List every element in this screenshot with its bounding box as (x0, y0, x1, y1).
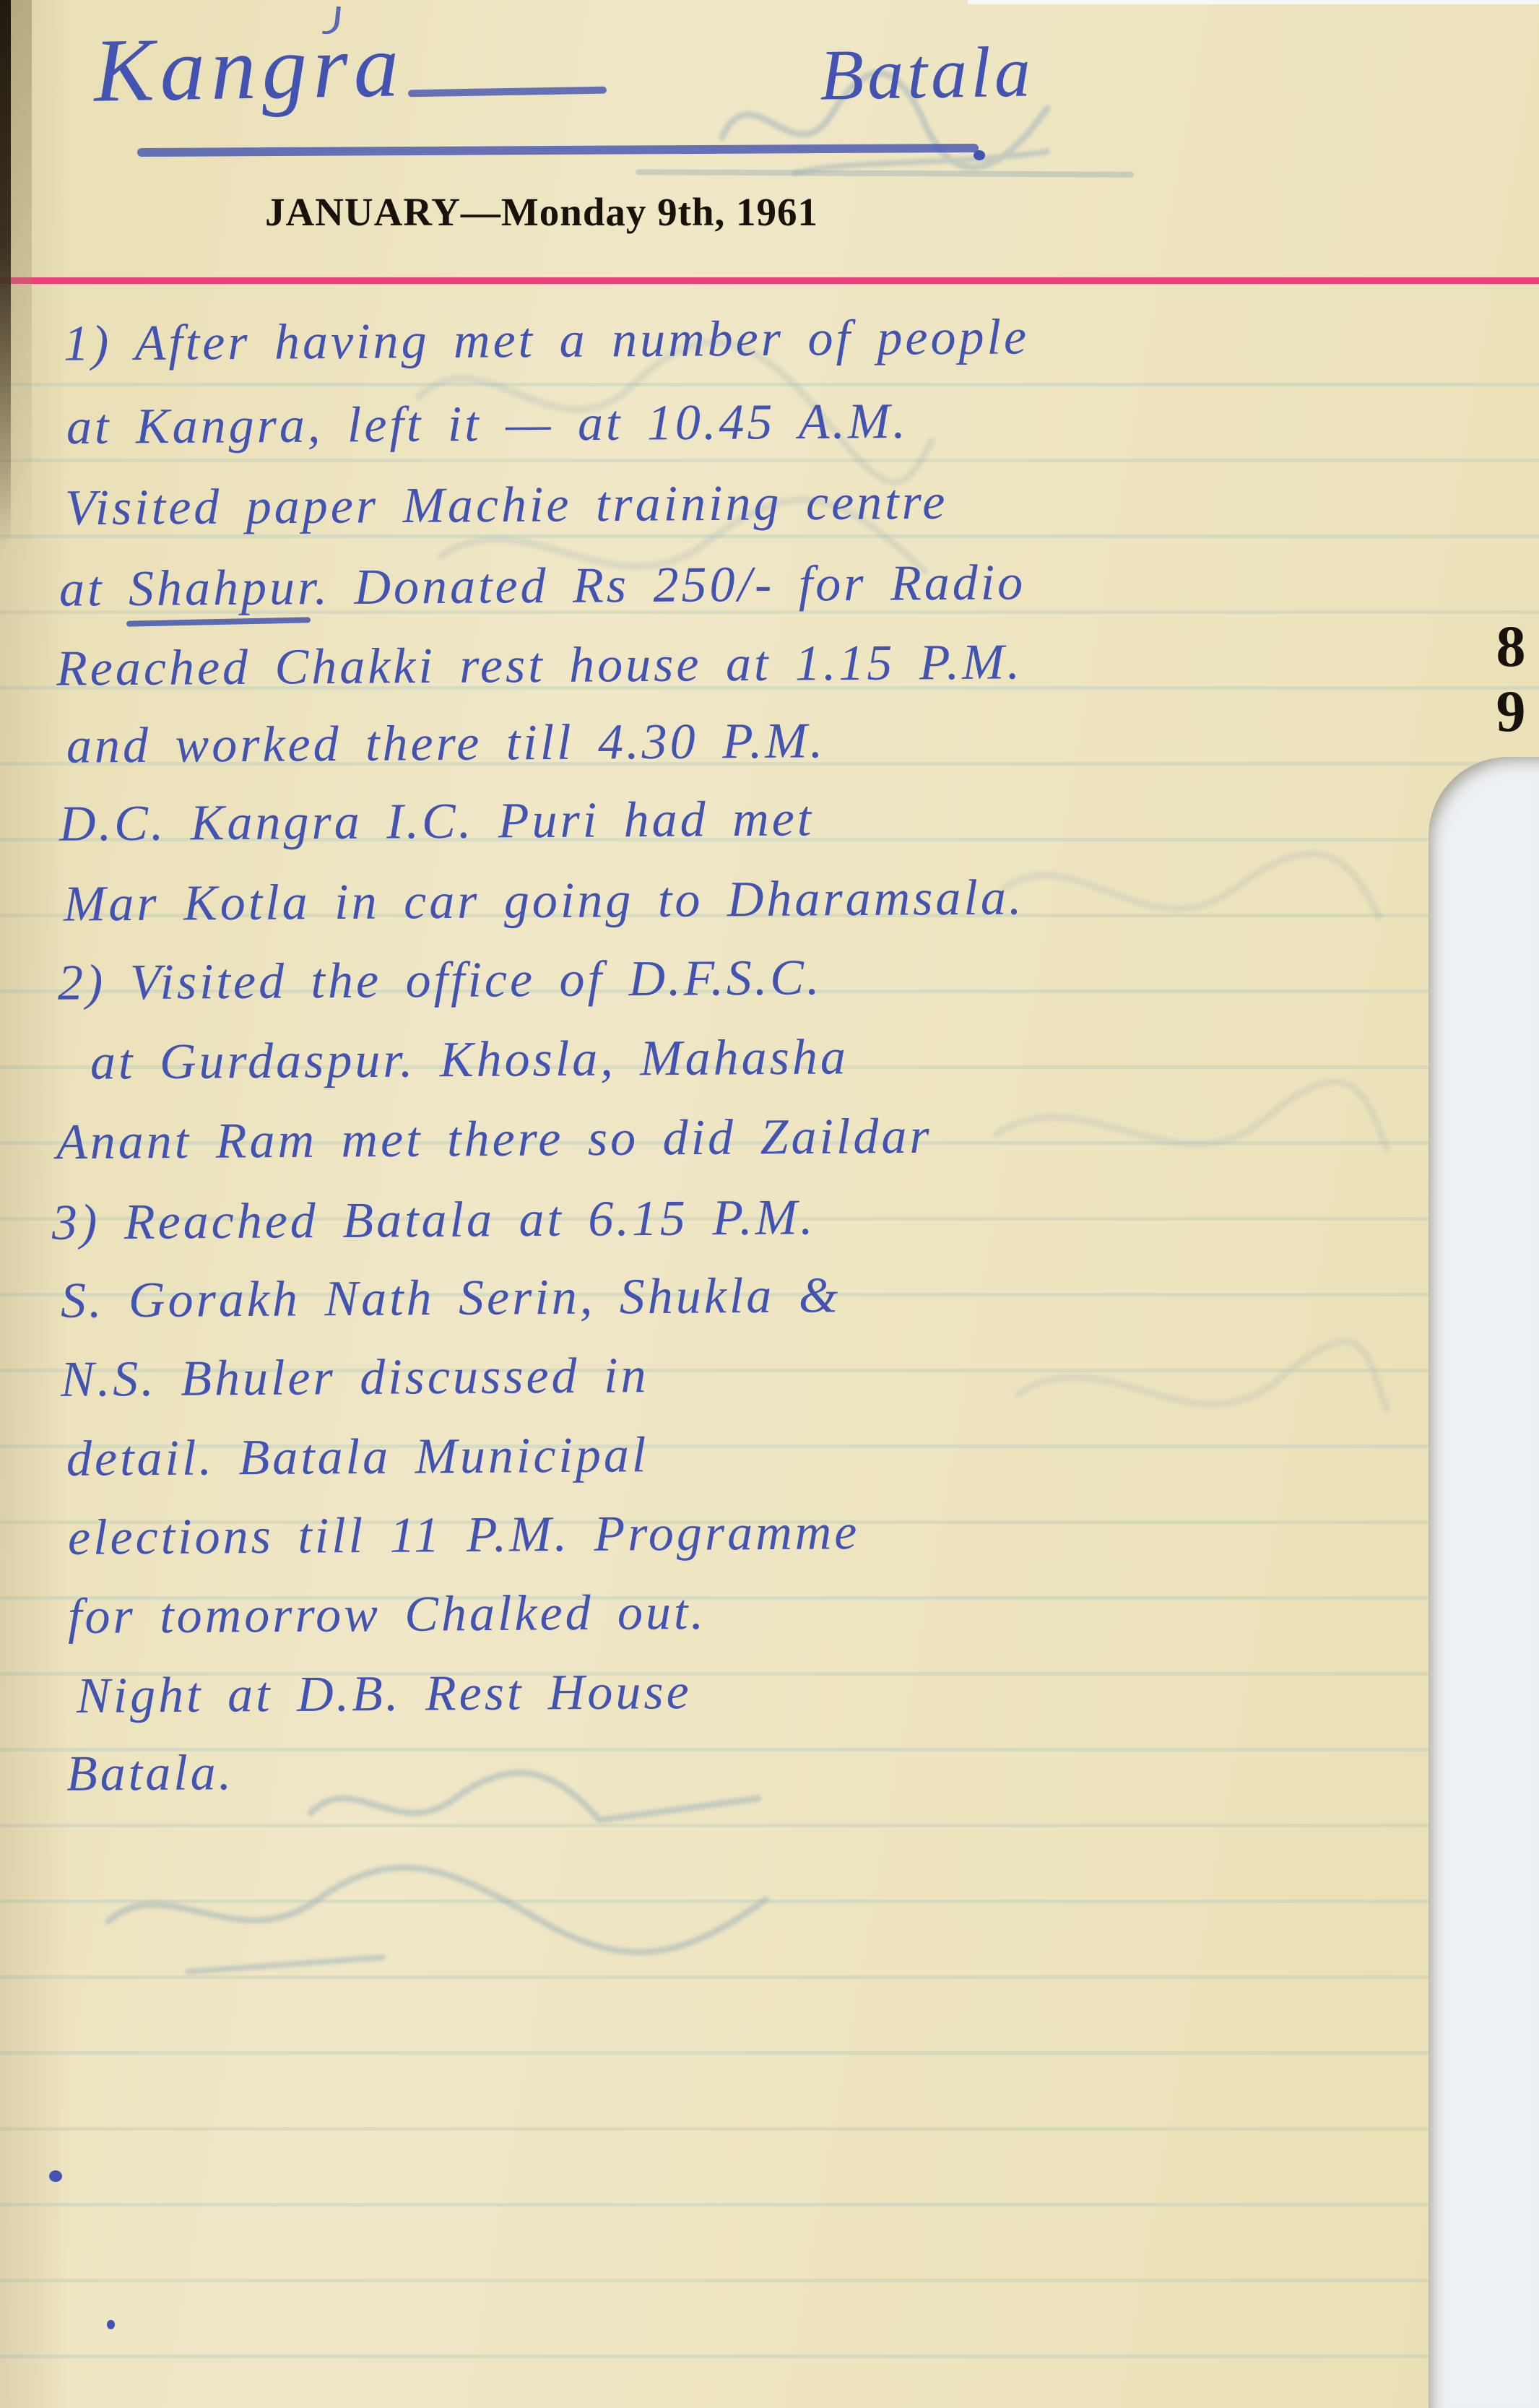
title-underline (137, 144, 979, 157)
entry-line-18: Night at D.B. Rest House (77, 1663, 692, 1725)
page-title-kangra: Kangra (93, 14, 405, 123)
entry-line-14: N.S. Bhuler discussed in (61, 1347, 649, 1409)
entry-line-17: for tomorrow Chalked out. (68, 1584, 707, 1646)
title-underline-showthrough (636, 169, 1134, 178)
entry-line-13: S. Gorakh Nath Serin, Shukla & (61, 1267, 841, 1330)
entry-line-7: D.C. Kangra I.C. Puri had met (59, 790, 815, 853)
entry-line-12: 3) Reached Batala at 6.15 P.M. (52, 1189, 816, 1252)
page-title-batala: Batala (819, 30, 1035, 116)
entry-line-19: Batala. (66, 1744, 235, 1803)
ink-speck-2 (107, 2320, 115, 2329)
page-number-8: 8 (1485, 615, 1537, 677)
entry-line-2: at Kangra, left it — at 10.45 A.M. (66, 393, 909, 456)
pink-rule (0, 277, 1539, 284)
entry-line-8: Mar Kotla in car going to Dharamsala. (64, 869, 1025, 933)
diary-page: Kangra Batala JANUARY—Monday 9th, 1961 1… (0, 0, 1539, 2408)
binding-edge (0, 0, 11, 549)
entry-line-5: Reached Chakki rest house at 1.15 P.M. (56, 633, 1023, 698)
ink-showthrough-right (975, 831, 1394, 1517)
scan-edge-sliver (968, 0, 1539, 4)
title-dash-stroke (408, 87, 607, 98)
entry-line-3: Visited paper Machie training centre (65, 474, 948, 538)
printed-date-header: JANUARY—Monday 9th, 1961 (184, 189, 899, 235)
entry-line-10: at Gurdaspur. Khosla, Mahasha (90, 1028, 849, 1091)
entry-line-11: Anant Ram met there so did Zaildar (56, 1108, 932, 1171)
entry-line-15: detail. Batala Municipal (66, 1426, 649, 1489)
entry-line-9: 2) Visited the office of D.F.S.C. (58, 949, 823, 1012)
entry-line-6: and worked there till 4.30 P.M. (66, 712, 826, 775)
ink-speck-underline-end (974, 150, 985, 160)
shahpur-underline (126, 617, 311, 626)
entry-line-16: elections till 11 P.M. Programme (68, 1504, 860, 1567)
page-number-9: 9 (1485, 680, 1537, 742)
ink-speck-1 (49, 2170, 62, 2182)
entry-line-4: at Shahpur. Donated Rs 250/- for Radio (59, 554, 1026, 618)
under-page (1429, 757, 1539, 2408)
entry-line-1: 1) After having met a number of people (64, 308, 1030, 373)
